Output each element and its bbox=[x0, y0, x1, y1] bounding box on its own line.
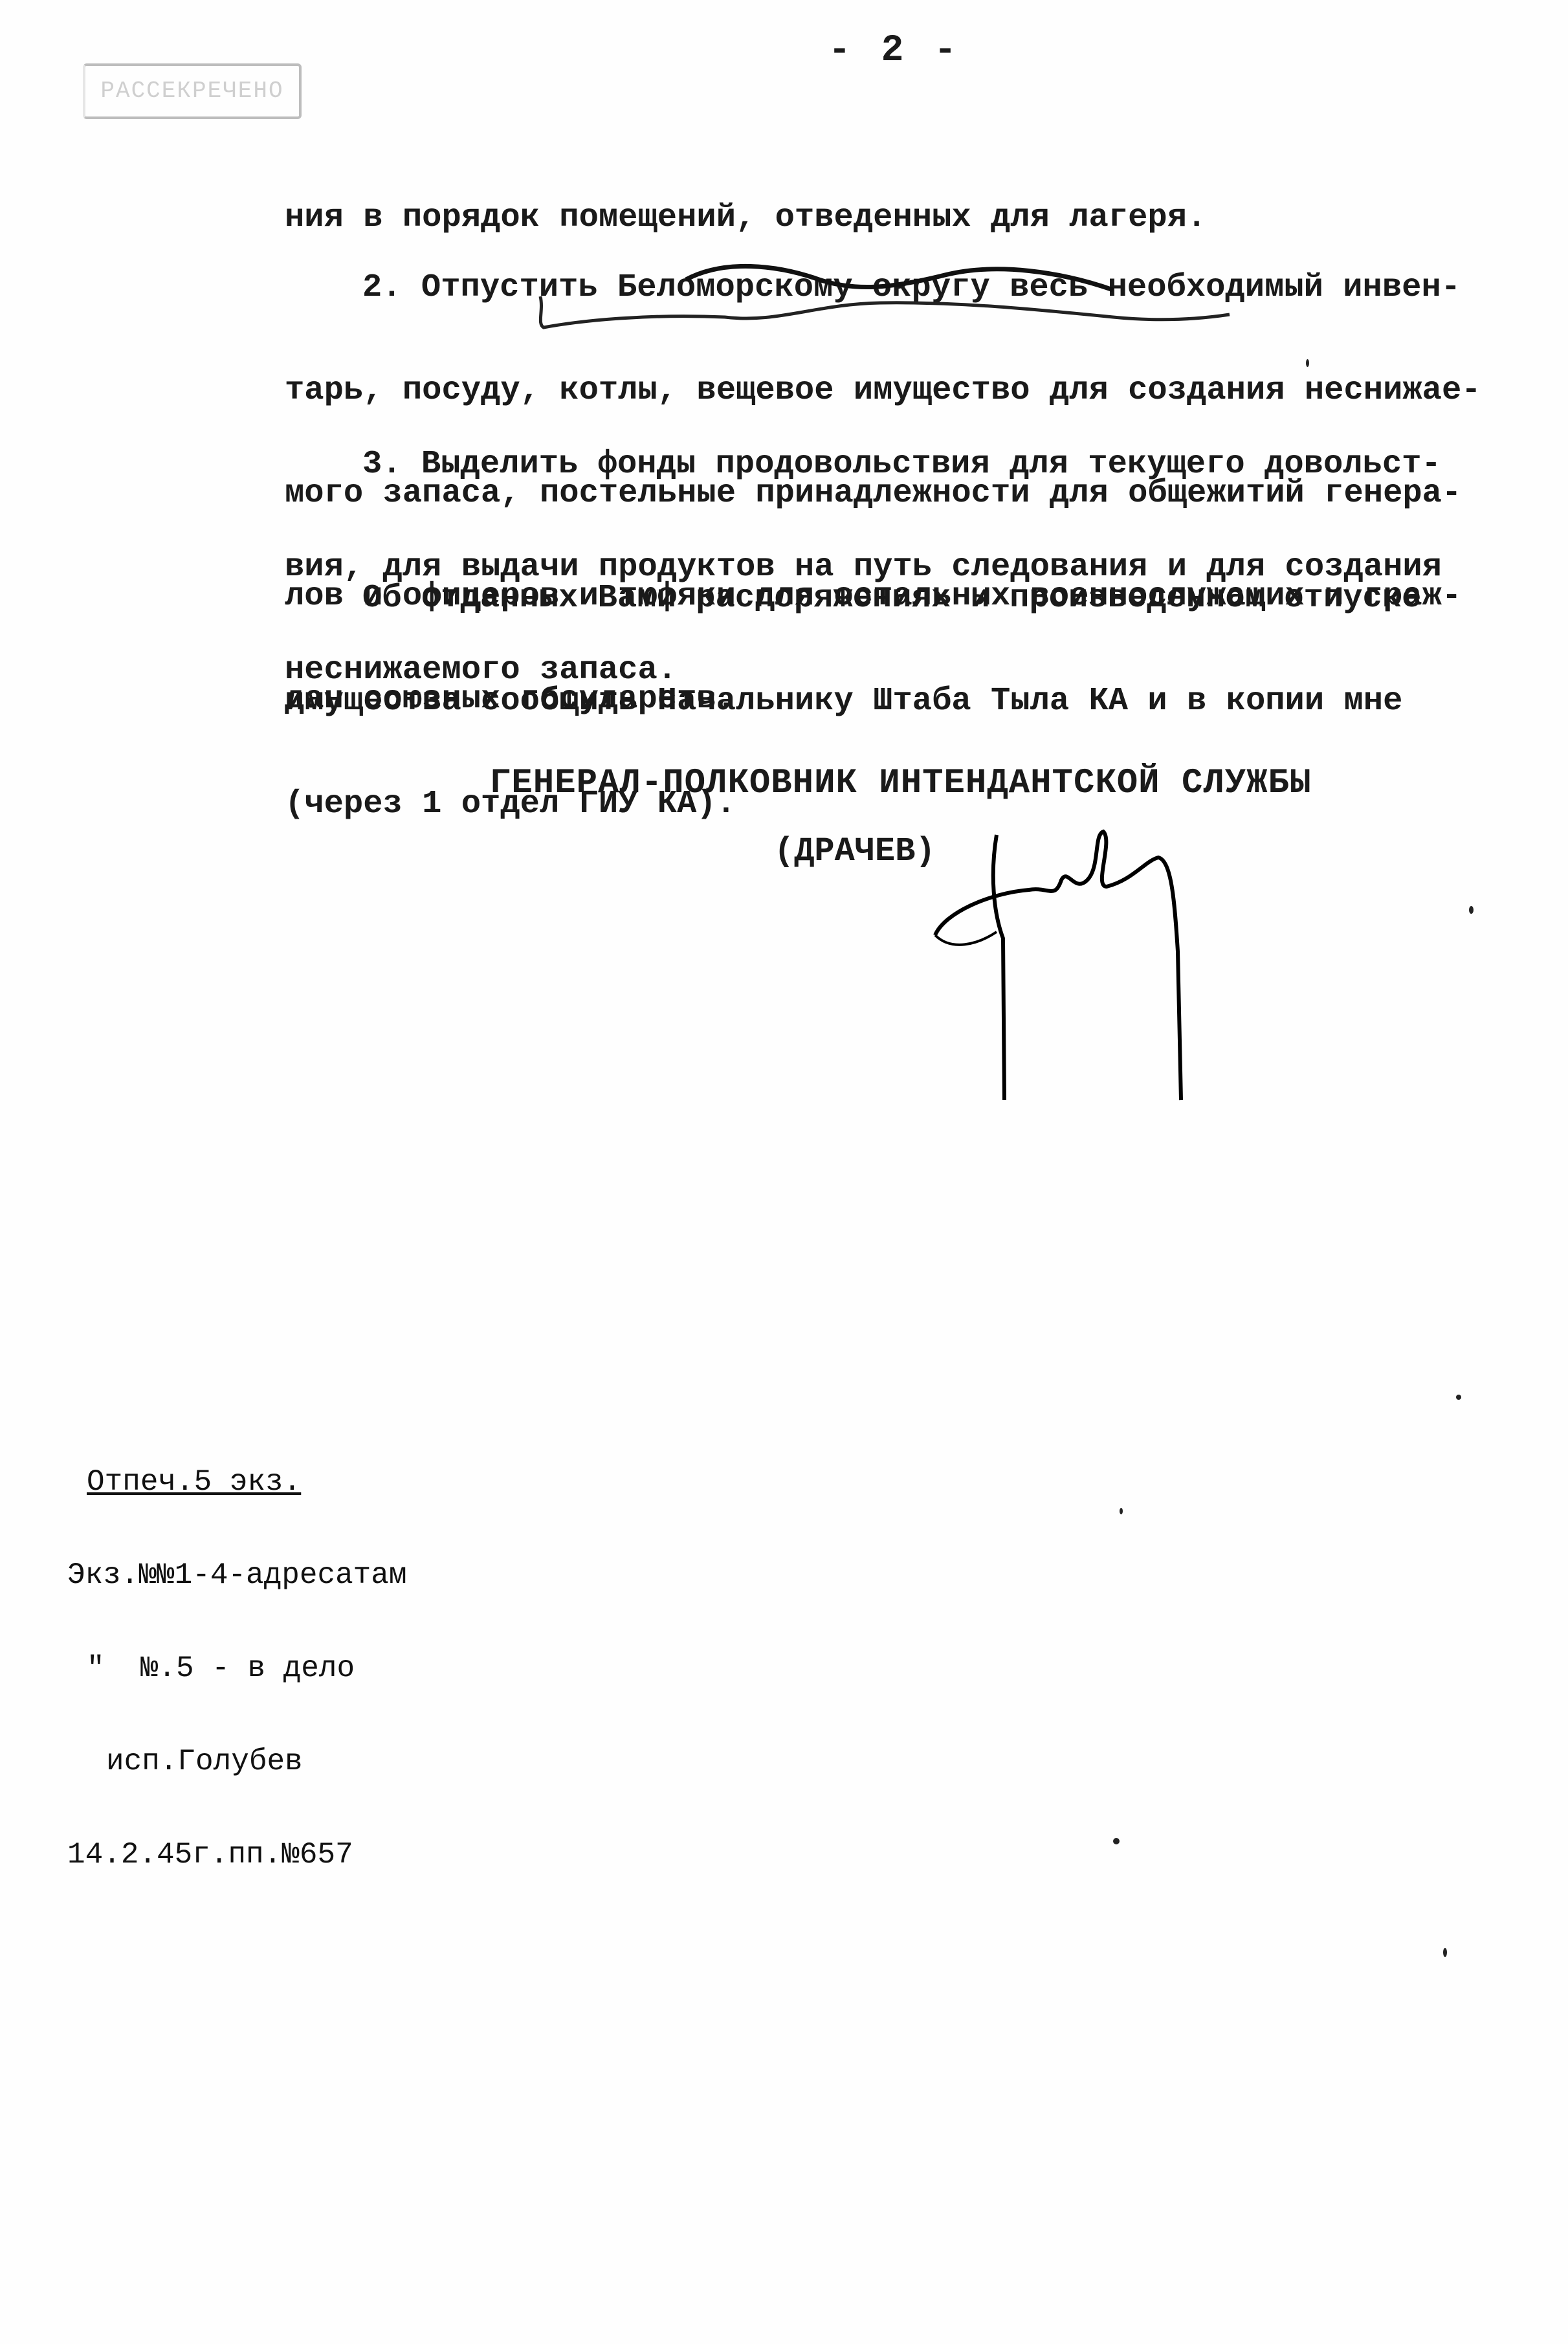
executor-note: исп.Голубев bbox=[67, 1746, 407, 1777]
text-line: имущества сообщить Начальнику Штаба Тыла… bbox=[285, 684, 1540, 718]
paper-speck bbox=[1443, 1948, 1447, 1957]
text-line: 2. Отпустить Беломорскому округу весь не… bbox=[285, 271, 1540, 305]
copy-file-note: " №.5 - в дело bbox=[67, 1653, 407, 1684]
paper-speck bbox=[1306, 359, 1309, 367]
copies-addressees-note: Экз.№№1-4-адресатам bbox=[67, 1560, 407, 1591]
distribution-notes: Отпеч.5 экз. Экз.№№1-4-адресатам " №.5 -… bbox=[67, 1404, 407, 1932]
page-number: - 2 - bbox=[828, 30, 960, 72]
document-page: РАССЕКРЕЧЕНО - 2 - ния в порядок помещен… bbox=[0, 0, 1568, 2344]
text-line: Об отданных Вами распоряжениях и произве… bbox=[285, 581, 1540, 615]
date-number-note: 14.2.45г.пп.№657 bbox=[67, 1839, 407, 1870]
paper-speck bbox=[1469, 906, 1474, 914]
handwritten-signature bbox=[932, 822, 1217, 1107]
text-line: 3. Выделить фонды продовольствия для тек… bbox=[285, 447, 1540, 481]
paper-speck bbox=[1120, 1508, 1123, 1514]
declassified-stamp: РАССЕКРЕЧЕНО bbox=[83, 63, 302, 119]
paper-speck bbox=[1456, 1395, 1461, 1400]
signatory-name: (ДРАЧЕВ) bbox=[774, 832, 936, 870]
copies-printed-note: Отпеч.5 экз. bbox=[67, 1466, 407, 1498]
paper-speck bbox=[1113, 1838, 1120, 1844]
signatory-title: ГЕНЕРАЛ-ПОЛКОВНИК ИНТЕНДАНТСКОЙ СЛУЖБЫ bbox=[490, 764, 1311, 803]
